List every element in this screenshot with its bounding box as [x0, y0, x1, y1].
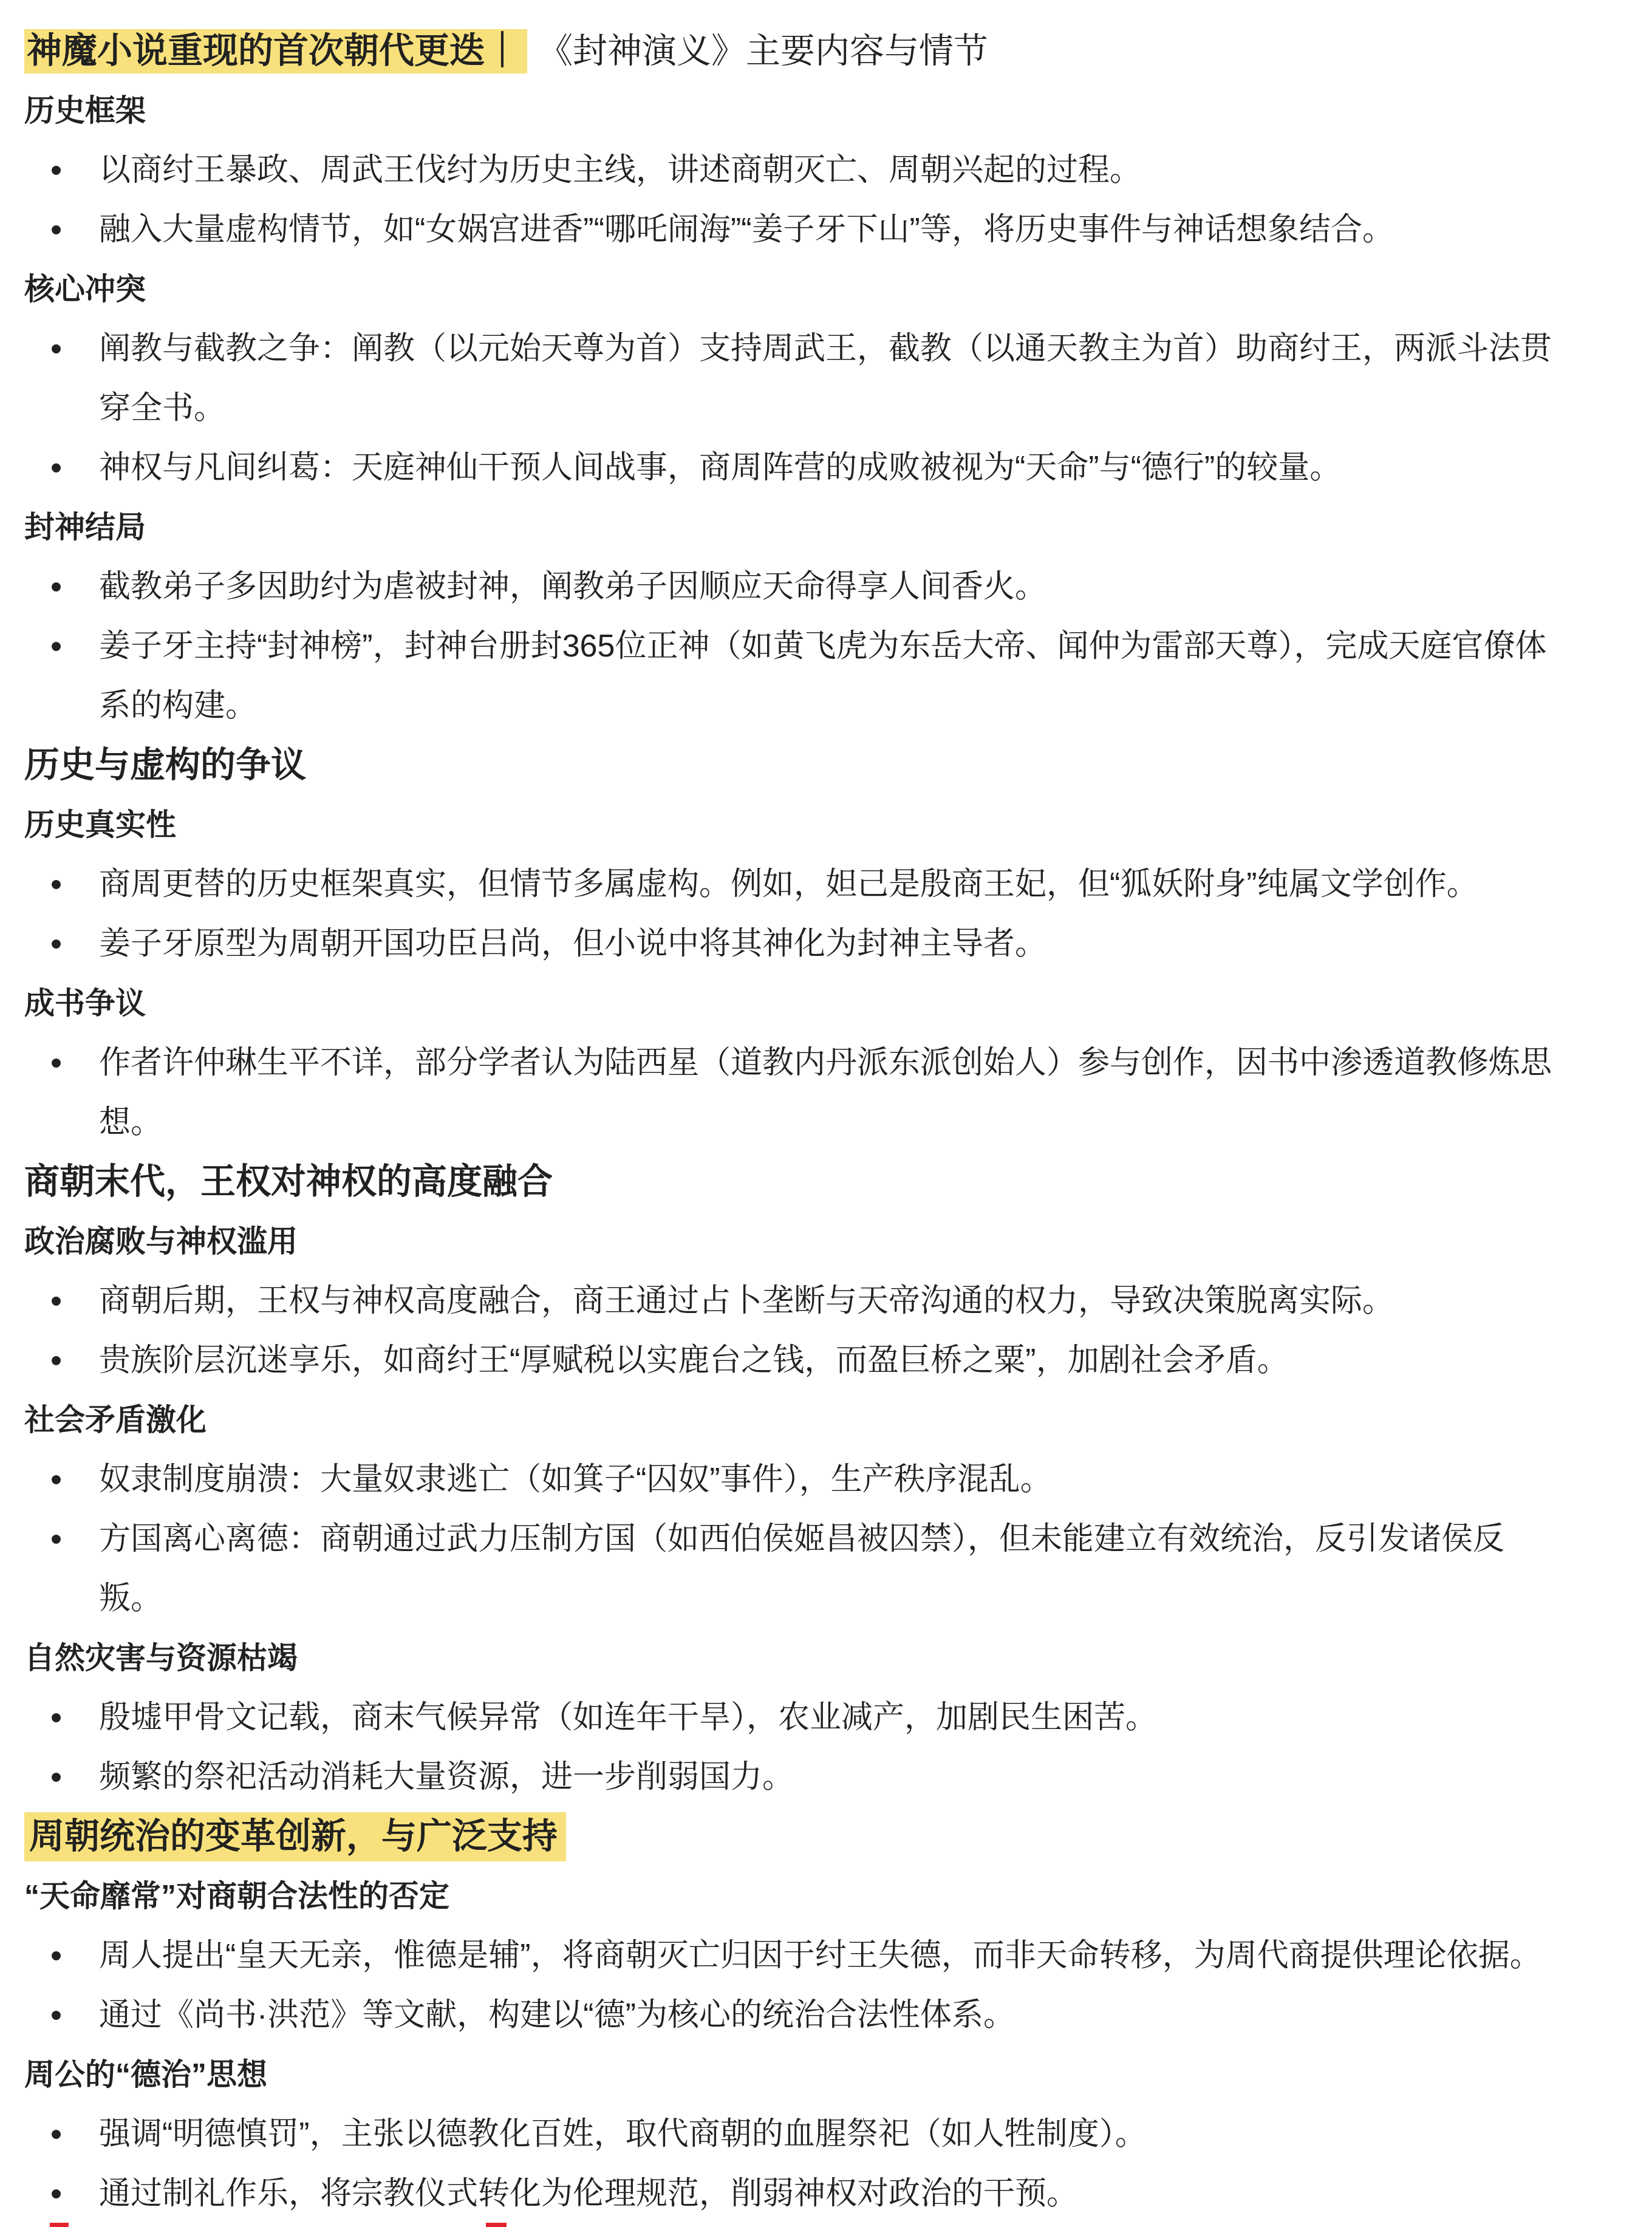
bullet-icon — [52, 1713, 61, 1722]
bullet-icon — [52, 166, 61, 175]
bullet-line: 商朝后期，王权与神权高度融合，商王通过占卜垄断与天帝沟通的权力，导致决策脱离实际… — [24, 1271, 1630, 1331]
bullet-icon — [52, 642, 61, 651]
bullet-icon — [52, 1356, 61, 1365]
bullet-icon — [52, 463, 61, 472]
section-heading: 历史与虚构的争议 — [24, 735, 1630, 795]
bullet-icon — [52, 940, 61, 949]
bullet-icon — [52, 2189, 61, 2198]
bullet-line: 贵族阶层沉迷享乐，如商纣王“厚赋税以实鹿台之钱，而盈巨桥之粟”，加剧社会矛盾。 — [24, 1331, 1630, 1390]
bullet-wrap-line: 穿全书。 — [24, 378, 1630, 438]
bullet-line: 商周更替的历史框架真实，但情节多属虚构。例如，妲己是殷商王妃，但“狐妖附身”纯属… — [24, 854, 1630, 914]
bullet-line: 周人提出“皇天无亲，惟德是辅”，将商朝灭亡归因于纣王失德，而非天命转移，为周代商… — [24, 1926, 1630, 1985]
bullet-line: 通过制礼作乐，将宗教仪式转化为伦理规范，削弱神权对政治的干预。 — [24, 2164, 1630, 2223]
bullet-icon — [52, 2011, 61, 2020]
bullet-icon — [52, 880, 61, 889]
bullet-line: 姜子牙主持“封神榜”，封神台册封365位正神（如黄飞虎为东岳大帝、闻仲为雷部天尊… — [24, 616, 1630, 676]
bullet-icon — [52, 225, 61, 234]
bullet-icon — [52, 582, 61, 592]
bullet-line: 奴隶制度崩溃：大量奴隶逃亡（如箕子“囚奴”事件），生产秩序混乱。 — [24, 1450, 1630, 1509]
red-fragment — [486, 2223, 507, 2227]
bullet-line: 强调“明德慎罚”，主张以德教化百姓，取代商朝的血腥祭祀（如人牲制度）。 — [24, 2104, 1630, 2164]
heading-highlight: 周朝统治的变革创新，与广泛支持 — [24, 1812, 566, 1861]
section-heading: 商朝末代，王权对神权的高度融合 — [24, 1152, 1630, 1212]
bullet-icon — [52, 1535, 61, 1544]
bullet-line: 阐教与截教之争：阐教（以元始天尊为首）支持周武王，截教（以通天教主为首）助商纣王… — [24, 319, 1630, 378]
title-highlighted-part: 神魔小说重现的首次朝代更迭｜ — [24, 29, 527, 73]
section-heading: 核心冲突 — [24, 259, 1630, 319]
page-title: 神魔小说重现的首次朝代更迭｜《封神演义》主要内容与情节 — [24, 21, 1630, 81]
section-heading: 政治腐败与神权滥用 — [24, 1212, 1630, 1271]
bullet-wrap-line: 系的构建。 — [24, 676, 1630, 735]
bullet-line: 神权与凡间纠葛：天庭神仙干预人间战事，商周阵营的成败被视为“天命”与“德行”的较… — [24, 438, 1630, 497]
bullet-line: 方国离心离德：商朝通过武力压制方国（如西伯侯姬昌被囚禁），但未能建立有效统治，反… — [24, 1509, 1630, 1569]
bullet-line: 作者许仲琳生平不详，部分学者认为陆西星（道教内丹派东派创始人）参与创作，因书中渗… — [24, 1033, 1630, 1093]
bullet-icon — [52, 1475, 61, 1484]
bullet-icon — [52, 2130, 61, 2139]
bullet-line: 频繁的祭祀活动消耗大量资源，进一步削弱国力。 — [24, 1747, 1630, 1807]
bullet-icon — [52, 1951, 61, 1960]
title-regular-part: 《封神演义》主要内容与情节 — [538, 32, 988, 70]
section-heading: 周公的“德治”思想 — [24, 2045, 1630, 2104]
red-fragment — [50, 2223, 69, 2227]
section-heading: 自然灾害与资源枯竭 — [24, 1628, 1630, 1688]
bullet-icon — [52, 1059, 61, 1068]
bullet-line: 融入大量虚构情节，如“女娲宫进香”“哪吒闹海”“姜子牙下山”等，将历史事件与神话… — [24, 200, 1630, 259]
bullet-line: 姜子牙原型为周朝开国功臣吕尚，但小说中将其神化为封神主导者。 — [24, 914, 1630, 974]
bullet-wrap-line: 想。 — [24, 1093, 1630, 1152]
bullet-icon — [52, 1773, 61, 1782]
bullet-line: 通过《尚书·洪范》等文献，构建以“德”为核心的统治合法性体系。 — [24, 1985, 1630, 2045]
section-heading: 封神结局 — [24, 497, 1630, 557]
section-heading: 社会矛盾激化 — [24, 1390, 1630, 1450]
bullet-line: 截教弟子多因助纣为虐被封神，阐教弟子因顺应天命得享人间香火。 — [24, 557, 1630, 616]
section-heading-highlighted: 周朝统治的变革创新，与广泛支持 — [24, 1807, 1630, 1866]
section-heading: 历史框架 — [24, 81, 1630, 140]
bullet-icon — [52, 1297, 61, 1306]
bullet-icon — [52, 344, 61, 353]
section-heading: 成书争议 — [24, 974, 1630, 1033]
section-heading: “天命靡常”对商朝合法性的否定 — [24, 1866, 1630, 1926]
bullet-line: 殷墟甲骨文记载，商末气候异常（如连年干旱），农业减产，加剧民生困苦。 — [24, 1688, 1630, 1747]
section-heading: 历史真实性 — [24, 795, 1630, 854]
document-body: 神魔小说重现的首次朝代更迭｜《封神演义》主要内容与情节 历史框架 以商纣王暴政、… — [0, 0, 1652, 2223]
bullet-line: 以商纣王暴政、周武王伐纣为历史主线，讲述商朝灭亡、周朝兴起的过程。 — [24, 140, 1630, 200]
bullet-wrap-line: 叛。 — [24, 1569, 1630, 1628]
